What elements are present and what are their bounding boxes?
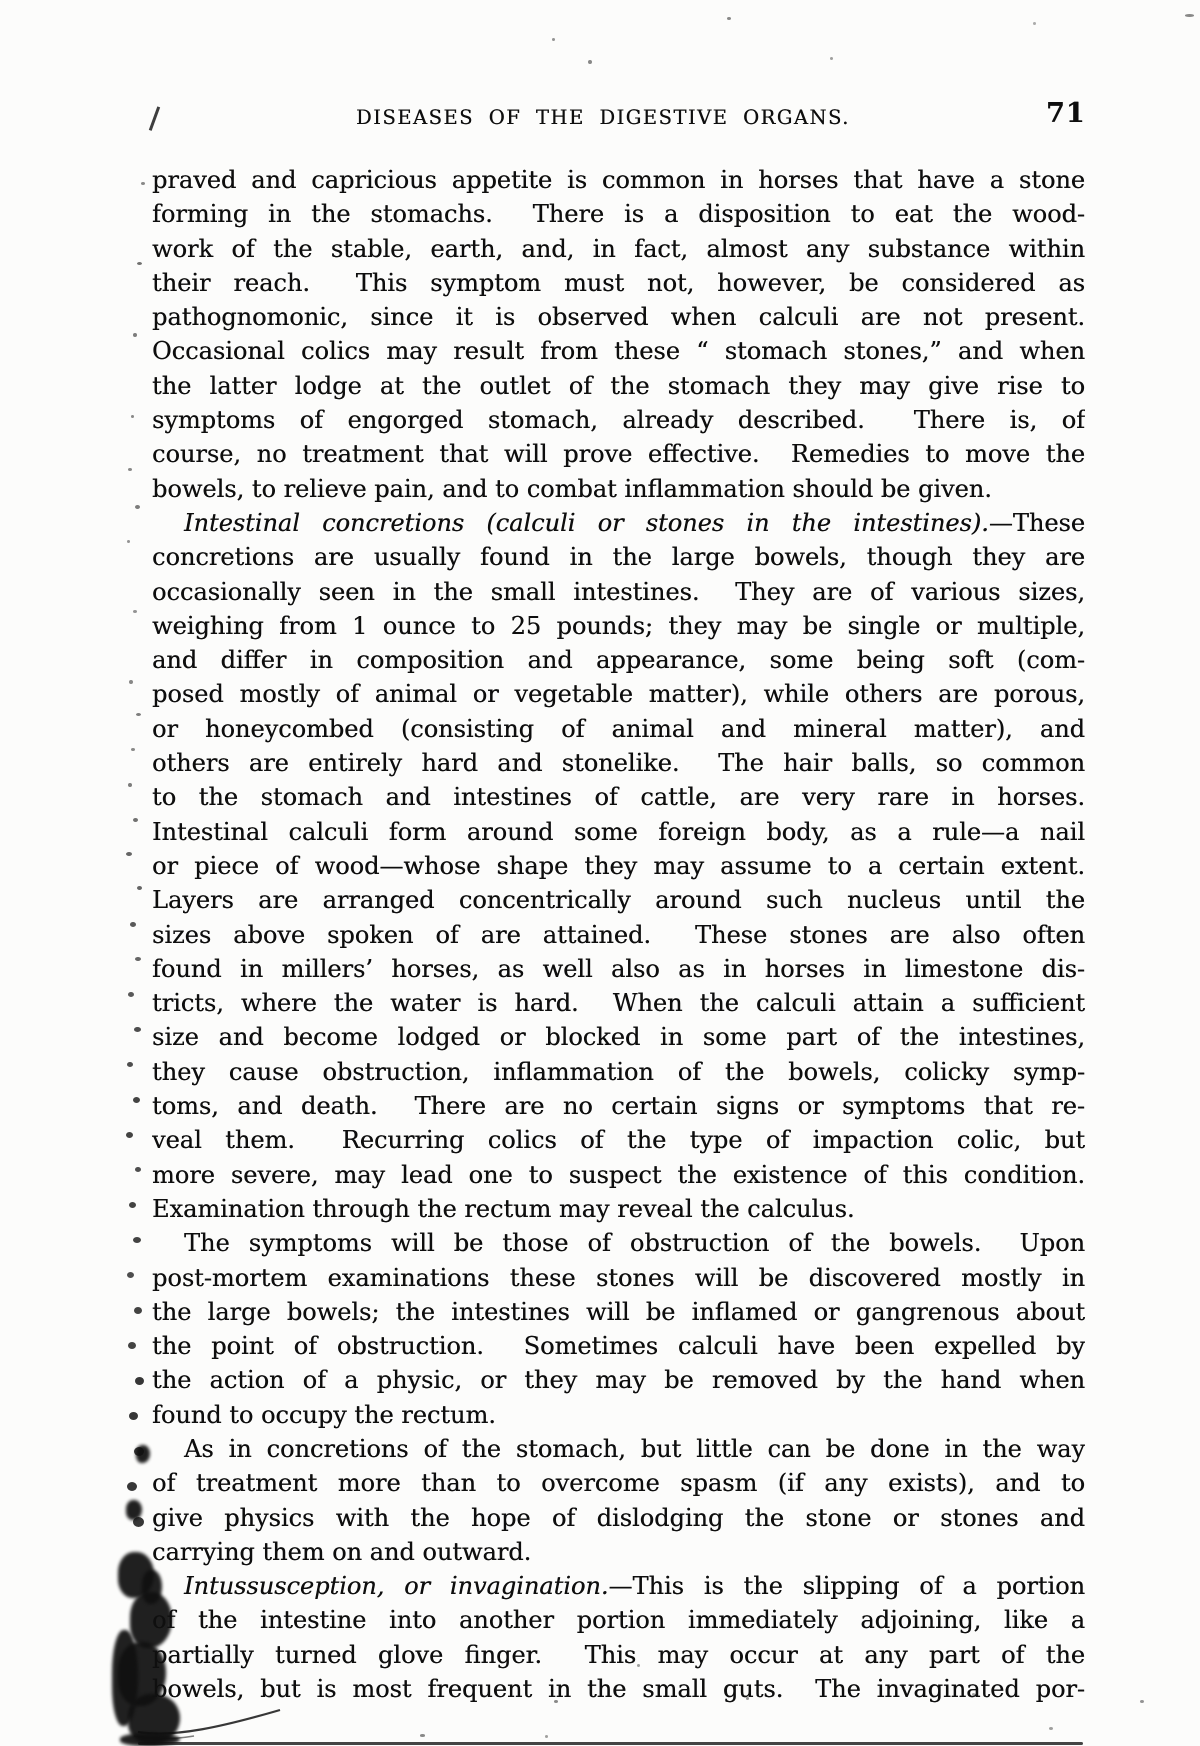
ink-speck	[545, 1735, 548, 1738]
text-segment: course, no treatment that will prove eff…	[152, 440, 1085, 468]
text-line: bowels, to relieve pain, and to combat i…	[152, 472, 1085, 506]
ink-speck	[133, 610, 137, 613]
ink-speck	[129, 680, 133, 684]
text-segment: or honeycombed (consisting of animal and…	[152, 715, 1085, 743]
ink-speck	[136, 713, 141, 716]
text-line: found to occupy the rectum.	[152, 1398, 1085, 1432]
ink-speck	[129, 1202, 136, 1208]
paragraph: The symptoms will be those of obstructio…	[152, 1226, 1085, 1432]
text-segment: posed mostly of animal or vegetable matt…	[152, 680, 1085, 708]
ink-speck	[134, 1307, 142, 1314]
text-line: others are entirely hard and stonelike. …	[152, 746, 1085, 780]
text-segment: or piece of wood—whose shape they may as…	[152, 852, 1085, 880]
ink-speck	[126, 852, 132, 856]
text-segment: Examination through the rectum may revea…	[152, 1195, 855, 1223]
text-segment: forming in the stomachs. There is a disp…	[152, 200, 1085, 228]
text-line: Examination through the rectum may revea…	[152, 1192, 1085, 1226]
text-line: their reach. This symptom must not, howe…	[152, 266, 1085, 300]
ink-speck	[588, 60, 592, 64]
running-title: DISEASES OF THE DIGESTIVE ORGANS.	[356, 106, 850, 129]
text-line: Intestinal calculi form around some fore…	[152, 815, 1085, 849]
text-segment: symptoms of engorged stomach, already de…	[152, 406, 1085, 434]
text-line: weighing from 1 ounce to 25 pounds; they…	[152, 609, 1085, 643]
text-line: or piece of wood—whose shape they may as…	[152, 849, 1085, 883]
ink-speck	[137, 886, 142, 890]
text-segment: the large bowels; the intestines will be…	[152, 1298, 1085, 1326]
ink-speck	[1033, 22, 1036, 25]
ink-speck	[746, 1697, 749, 1700]
text-segment: of treatment more than to overcome spasm…	[152, 1469, 1085, 1497]
text-line: toms, and death. There are no certain si…	[152, 1089, 1085, 1123]
ink-speck	[637, 1664, 640, 1667]
italic-text-segment: Intussusception, or invagination.	[184, 1572, 608, 1600]
ink-speck	[133, 1237, 141, 1243]
text-line: of the intestine into another portion im…	[152, 1603, 1085, 1637]
ink-speck	[131, 748, 135, 751]
ink-speck	[141, 182, 145, 185]
text-line: Intestinal concretions (calculi or stone…	[152, 506, 1085, 540]
text-line: or honeycombed (consisting of animal and…	[152, 712, 1085, 746]
text-line: the action of a physic, or they may be r…	[152, 1363, 1085, 1397]
text-segment: more severe, may lead one to suspect the…	[152, 1161, 1085, 1189]
text-line: concretions are usually found in the lar…	[152, 540, 1085, 574]
text-line: partially turned glove finger. This may …	[152, 1638, 1085, 1672]
text-line: work of the stable, earth, and, in fact,…	[152, 232, 1085, 266]
text-segment: weighing from 1 ounce to 25 pounds; they…	[152, 612, 1085, 640]
ink-speck	[127, 1482, 137, 1491]
ink-speck	[128, 1342, 136, 1349]
text-segment: the point of obstruction. Sometimes calc…	[152, 1332, 1085, 1360]
text-line: found in millers’ horses, as well also a…	[152, 952, 1085, 986]
scan-edge-line	[138, 1742, 1083, 1745]
text-line: Layers are arranged concentrically aroun…	[152, 883, 1085, 917]
text-segment: post-mortem examinations these stones wi…	[152, 1264, 1085, 1292]
ink-speck	[135, 1377, 144, 1385]
text-segment: size and become lodged or blocked in som…	[152, 1023, 1085, 1051]
ink-speck	[134, 1027, 141, 1032]
text-segment: the latter lodge at the outlet of the st…	[152, 372, 1085, 400]
text-segment: their reach. This symptom must not, howe…	[152, 269, 1085, 297]
paragraph: As in concretions of the stomach, but li…	[152, 1432, 1085, 1569]
ink-speck	[133, 818, 138, 822]
ink-speck	[1140, 1700, 1144, 1703]
paragraph: praved and capricious appetite is common…	[152, 163, 1085, 506]
ink-speck	[126, 1132, 133, 1138]
text-segment: —These	[989, 509, 1085, 537]
text-segment: the action of a physic, or they may be r…	[152, 1366, 1085, 1394]
text-segment: toms, and death. There are no certain si…	[152, 1092, 1085, 1120]
text-segment: As in concretions of the stomach, but li…	[184, 1435, 1085, 1463]
text-line: course, no treatment that will prove eff…	[152, 437, 1085, 471]
text-segment: carrying them on and outward.	[152, 1538, 531, 1566]
text-line: size and become lodged or blocked in som…	[152, 1020, 1085, 1054]
page-number: 71	[1046, 98, 1086, 129]
text-line: carrying them on and outward.	[152, 1535, 1085, 1569]
text-segment: to the stomach and intestines of cattle,…	[152, 783, 1085, 811]
ink-speck	[127, 1272, 134, 1278]
text-line: praved and capricious appetite is common…	[152, 163, 1085, 197]
text-segment: partially turned glove finger. This may …	[152, 1641, 1085, 1669]
text-line: veal them. Recurring colics of the type …	[152, 1123, 1085, 1157]
text-line: posed mostly of animal or vegetable matt…	[152, 677, 1085, 711]
italic-text-segment: Intestinal concretions (calculi or stone…	[184, 509, 989, 537]
text-segment: give physics with the hope of dislodging…	[152, 1504, 1085, 1532]
text-segment: sizes above spoken of are attained. Thes…	[152, 921, 1085, 949]
text-line: post-mortem examinations these stones wi…	[152, 1261, 1085, 1295]
ink-speck	[137, 262, 142, 265]
text-line: tricts, where the water is hard. When th…	[152, 986, 1085, 1020]
ink-speck	[131, 415, 134, 418]
ink-speck	[1185, 14, 1194, 17]
text-line: and differ in composition and appearance…	[152, 643, 1085, 677]
text-segment: of the intestine into another portion im…	[152, 1606, 1085, 1634]
text-line: give physics with the hope of dislodging…	[152, 1501, 1085, 1535]
text-segment: they cause obstruction, inflammation of …	[152, 1058, 1085, 1086]
ink-speck	[135, 957, 141, 961]
text-line: to the stomach and intestines of cattle,…	[152, 780, 1085, 814]
text-segment: Layers are arranged concentrically aroun…	[152, 886, 1085, 914]
paragraph: Intussusception, or invagination.—This i…	[152, 1569, 1085, 1706]
text-segment: bowels, to relieve pain, and to combat i…	[152, 475, 992, 503]
page-header: DISEASES OF THE DIGESTIVE ORGANS. 71	[0, 103, 1200, 137]
text-segment: Intestinal calculi form around some fore…	[152, 818, 1085, 846]
ink-speck	[727, 17, 731, 20]
ink-speck	[1049, 1727, 1053, 1730]
ink-speck	[129, 1412, 138, 1420]
text-segment: praved and capricious appetite is common…	[152, 166, 1085, 194]
ink-speck	[554, 1700, 558, 1703]
ink-speck	[135, 505, 140, 509]
ink-speck	[972, 1693, 975, 1696]
text-segment: and differ in composition and appearance…	[152, 646, 1085, 674]
ink-speck	[127, 1062, 133, 1067]
ink-smudge	[136, 1445, 150, 1463]
text-line: the latter lodge at the outlet of the st…	[152, 369, 1085, 403]
text-segment: found in millers’ horses, as well also a…	[152, 955, 1085, 983]
text-segment: pathognomonic, since it is observed when…	[152, 303, 1085, 331]
text-segment: concretions are usually found in the lar…	[152, 543, 1085, 571]
text-line: Occasional colics may result from these …	[152, 334, 1085, 368]
text-segment: others are entirely hard and stonelike. …	[152, 749, 1085, 777]
ink-speck	[133, 333, 137, 337]
text-line: occasionally seen in the small intestine…	[152, 575, 1085, 609]
text-segment: tricts, where the water is hard. When th…	[152, 989, 1085, 1017]
text-line: they cause obstruction, inflammation of …	[152, 1055, 1085, 1089]
text-segment: Occasional colics may result from these …	[152, 337, 1085, 365]
text-segment: work of the stable, earth, and, in fact,…	[152, 235, 1085, 263]
ink-speck	[130, 922, 136, 927]
ink-speck	[127, 540, 130, 543]
text-line: The symptoms will be those of obstructio…	[152, 1226, 1085, 1260]
ink-speck	[128, 468, 132, 471]
book-page: DISEASES OF THE DIGESTIVE ORGANS. 71 pra…	[0, 0, 1200, 1746]
text-line: the point of obstruction. Sometimes calc…	[152, 1329, 1085, 1363]
ink-speck	[128, 992, 134, 997]
ink-speck	[552, 38, 555, 41]
text-line: of treatment more than to overcome spasm…	[152, 1466, 1085, 1500]
text-line: sizes above spoken of are attained. Thes…	[152, 918, 1085, 952]
text-segment: occasionally seen in the small intestine…	[152, 578, 1085, 606]
ink-speck	[128, 783, 132, 787]
text-segment: veal them. Recurring colics of the type …	[152, 1126, 1085, 1154]
ink-speck	[420, 1734, 425, 1737]
ink-speck	[830, 57, 833, 60]
text-line: Intussusception, or invagination.—This i…	[152, 1569, 1085, 1603]
text-line: As in concretions of the stomach, but li…	[152, 1432, 1085, 1466]
ink-speck	[135, 1167, 141, 1172]
text-segment: The symptoms will be those of obstructio…	[184, 1229, 1085, 1257]
body-text: praved and capricious appetite is common…	[152, 163, 1085, 1706]
text-segment: found to occupy the rectum.	[152, 1401, 496, 1429]
paragraph: Intestinal concretions (calculi or stone…	[152, 506, 1085, 1226]
text-line: forming in the stomachs. There is a disp…	[152, 197, 1085, 231]
text-line: the large bowels; the intestines will be…	[152, 1295, 1085, 1329]
text-segment: —This is the slipping of a portion	[608, 1572, 1085, 1600]
text-line: symptoms of engorged stomach, already de…	[152, 403, 1085, 437]
text-line: more severe, may lead one to suspect the…	[152, 1158, 1085, 1192]
ink-speck	[133, 1097, 140, 1103]
text-line: pathognomonic, since it is observed when…	[152, 300, 1085, 334]
